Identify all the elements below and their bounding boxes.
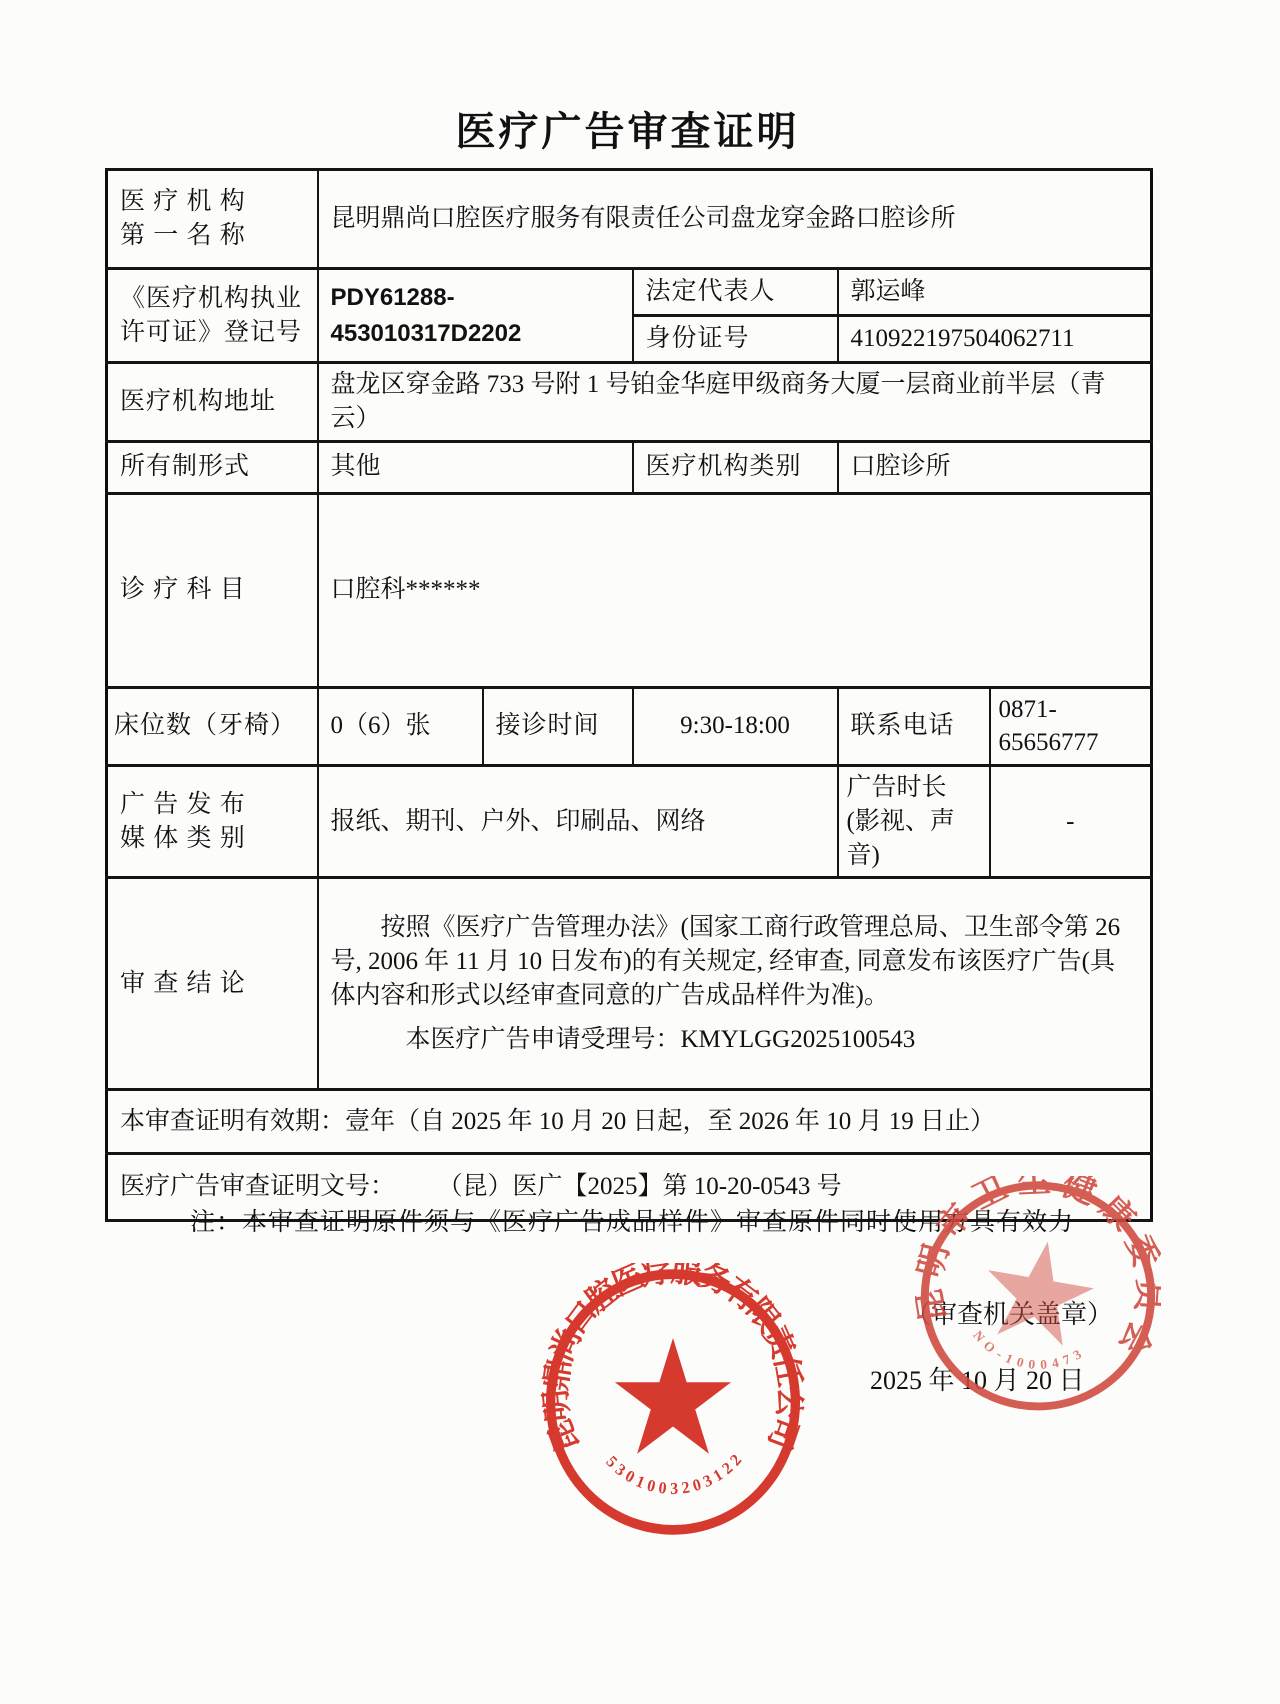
legal-representative-label: 法定代表人 <box>633 269 838 316</box>
id-number-label: 身份证号 <box>633 316 838 363</box>
media-type-value: 报纸、期刊、户外、印刷品、网络 <box>318 766 838 878</box>
application-receipt-number: 本医疗广告申请受理号：KMYLGG2025100543 <box>331 1023 1139 1057</box>
certificate-page: 医疗广告审查证明 医 疗 机 构 第 一 名 称 昆明鼎尚口腔医疗服务有限责任公… <box>0 0 1280 1704</box>
beds-value: 0（6）张 <box>318 687 483 766</box>
license-number-value: PDY61288- 453010317D2202 <box>318 269 633 363</box>
ownership-value: 其他 <box>318 441 633 493</box>
institution-name-value: 昆明鼎尚口腔医疗服务有限责任公司盘龙穿金路口腔诊所 <box>318 170 1152 269</box>
id-number-value: 410922197504062711 <box>838 316 1152 363</box>
hours-label: 接诊时间 <box>483 687 633 766</box>
beds-label: 床位数（牙椅） <box>107 687 318 766</box>
media-type-label: 广 告 发 布 媒 体 类 别 <box>107 766 318 878</box>
validity-period: 本审查证明有效期：壹年（自 2025 年 10 月 20 日起，至 2026 年… <box>107 1090 1152 1154</box>
departments-label: 诊 疗 科 目 <box>107 493 318 687</box>
table-row: 本审查证明有效期：壹年（自 2025 年 10 月 20 日起，至 2026 年… <box>107 1090 1152 1154</box>
seal-star-icon <box>977 1233 1101 1350</box>
seal-star-icon <box>615 1338 731 1454</box>
table-row: 广 告 发 布 媒 体 类 别 报纸、期刊、户外、印刷品、网络 广告时长 (影视… <box>107 766 1152 878</box>
ad-duration-value: - <box>990 766 1152 878</box>
address-label: 医疗机构地址 <box>107 363 318 442</box>
address-value: 盘龙区穿金路 733 号附 1 号铂金华庭甲级商务大厦一层商业前半层（青云） <box>318 363 1152 442</box>
institution-name-label: 医 疗 机 构 第 一 名 称 <box>107 170 318 269</box>
phone-value: 0871-65656777 <box>990 687 1152 766</box>
authority-seal-icon: 昆明市卫生健康委员会 NO-1000473 <box>915 1176 1161 1416</box>
doc-number-label: 医疗广告审查证明文号： <box>120 1173 395 1200</box>
table-row: 诊 疗 科 目 口腔科****** <box>107 493 1152 687</box>
seal-serial-text: 5301003203122 <box>603 1450 745 1498</box>
company-seal-icon: 昆明鼎尚口腔医疗服务有限责任公司 5301003203122 <box>540 1263 806 1541</box>
review-conclusion-label: 审 查 结 论 <box>107 878 318 1090</box>
page-title: 医疗广告审查证明 <box>105 100 1150 157</box>
phone-label: 联系电话 <box>838 687 990 766</box>
table-row: 床位数（牙椅） 0（6）张 接诊时间 9:30-18:00 联系电话 0871-… <box>107 687 1152 766</box>
table-row: 所有制形式 其他 医疗机构类别 口腔诊所 <box>107 441 1152 493</box>
ownership-label: 所有制形式 <box>107 441 318 493</box>
table-row: 审 查 结 论 按照《医疗广告管理办法》(国家工商行政管理总局、卫生部令第 26… <box>107 878 1152 1090</box>
category-value: 口腔诊所 <box>838 441 1152 493</box>
category-label: 医疗机构类别 <box>633 441 838 493</box>
seal-serial-text: NO-1000473 <box>966 1326 1087 1380</box>
table-row: 《医疗机构执业许可证》登记号 PDY61288- 453010317D2202 … <box>107 269 1152 316</box>
departments-value: 口腔科****** <box>318 493 1152 687</box>
hours-value: 9:30-18:00 <box>633 687 838 766</box>
review-conclusion-value: 按照《医疗广告管理办法》(国家工商行政管理总局、卫生部令第 26 号, 2006… <box>318 878 1152 1090</box>
legal-representative-value: 郭运峰 <box>838 269 1152 316</box>
table-row: 医疗机构地址 盘龙区穿金路 733 号附 1 号铂金华庭甲级商务大厦一层商业前半… <box>107 363 1152 442</box>
table-row: 医 疗 机 构 第 一 名 称 昆明鼎尚口腔医疗服务有限责任公司盘龙穿金路口腔诊… <box>107 170 1152 269</box>
doc-number-value: （昆）医广【2025】第 10-20-0543 号 <box>450 1173 842 1200</box>
license-number-label: 《医疗机构执业许可证》登记号 <box>107 269 318 363</box>
ad-duration-label: 广告时长 (影视、声 音) <box>838 766 990 878</box>
certificate-table: 医 疗 机 构 第 一 名 称 昆明鼎尚口腔医疗服务有限责任公司盘龙穿金路口腔诊… <box>105 168 1153 1222</box>
conclusion-paragraph: 按照《医疗广告管理办法》(国家工商行政管理总局、卫生部令第 26 号, 2006… <box>331 911 1139 1012</box>
